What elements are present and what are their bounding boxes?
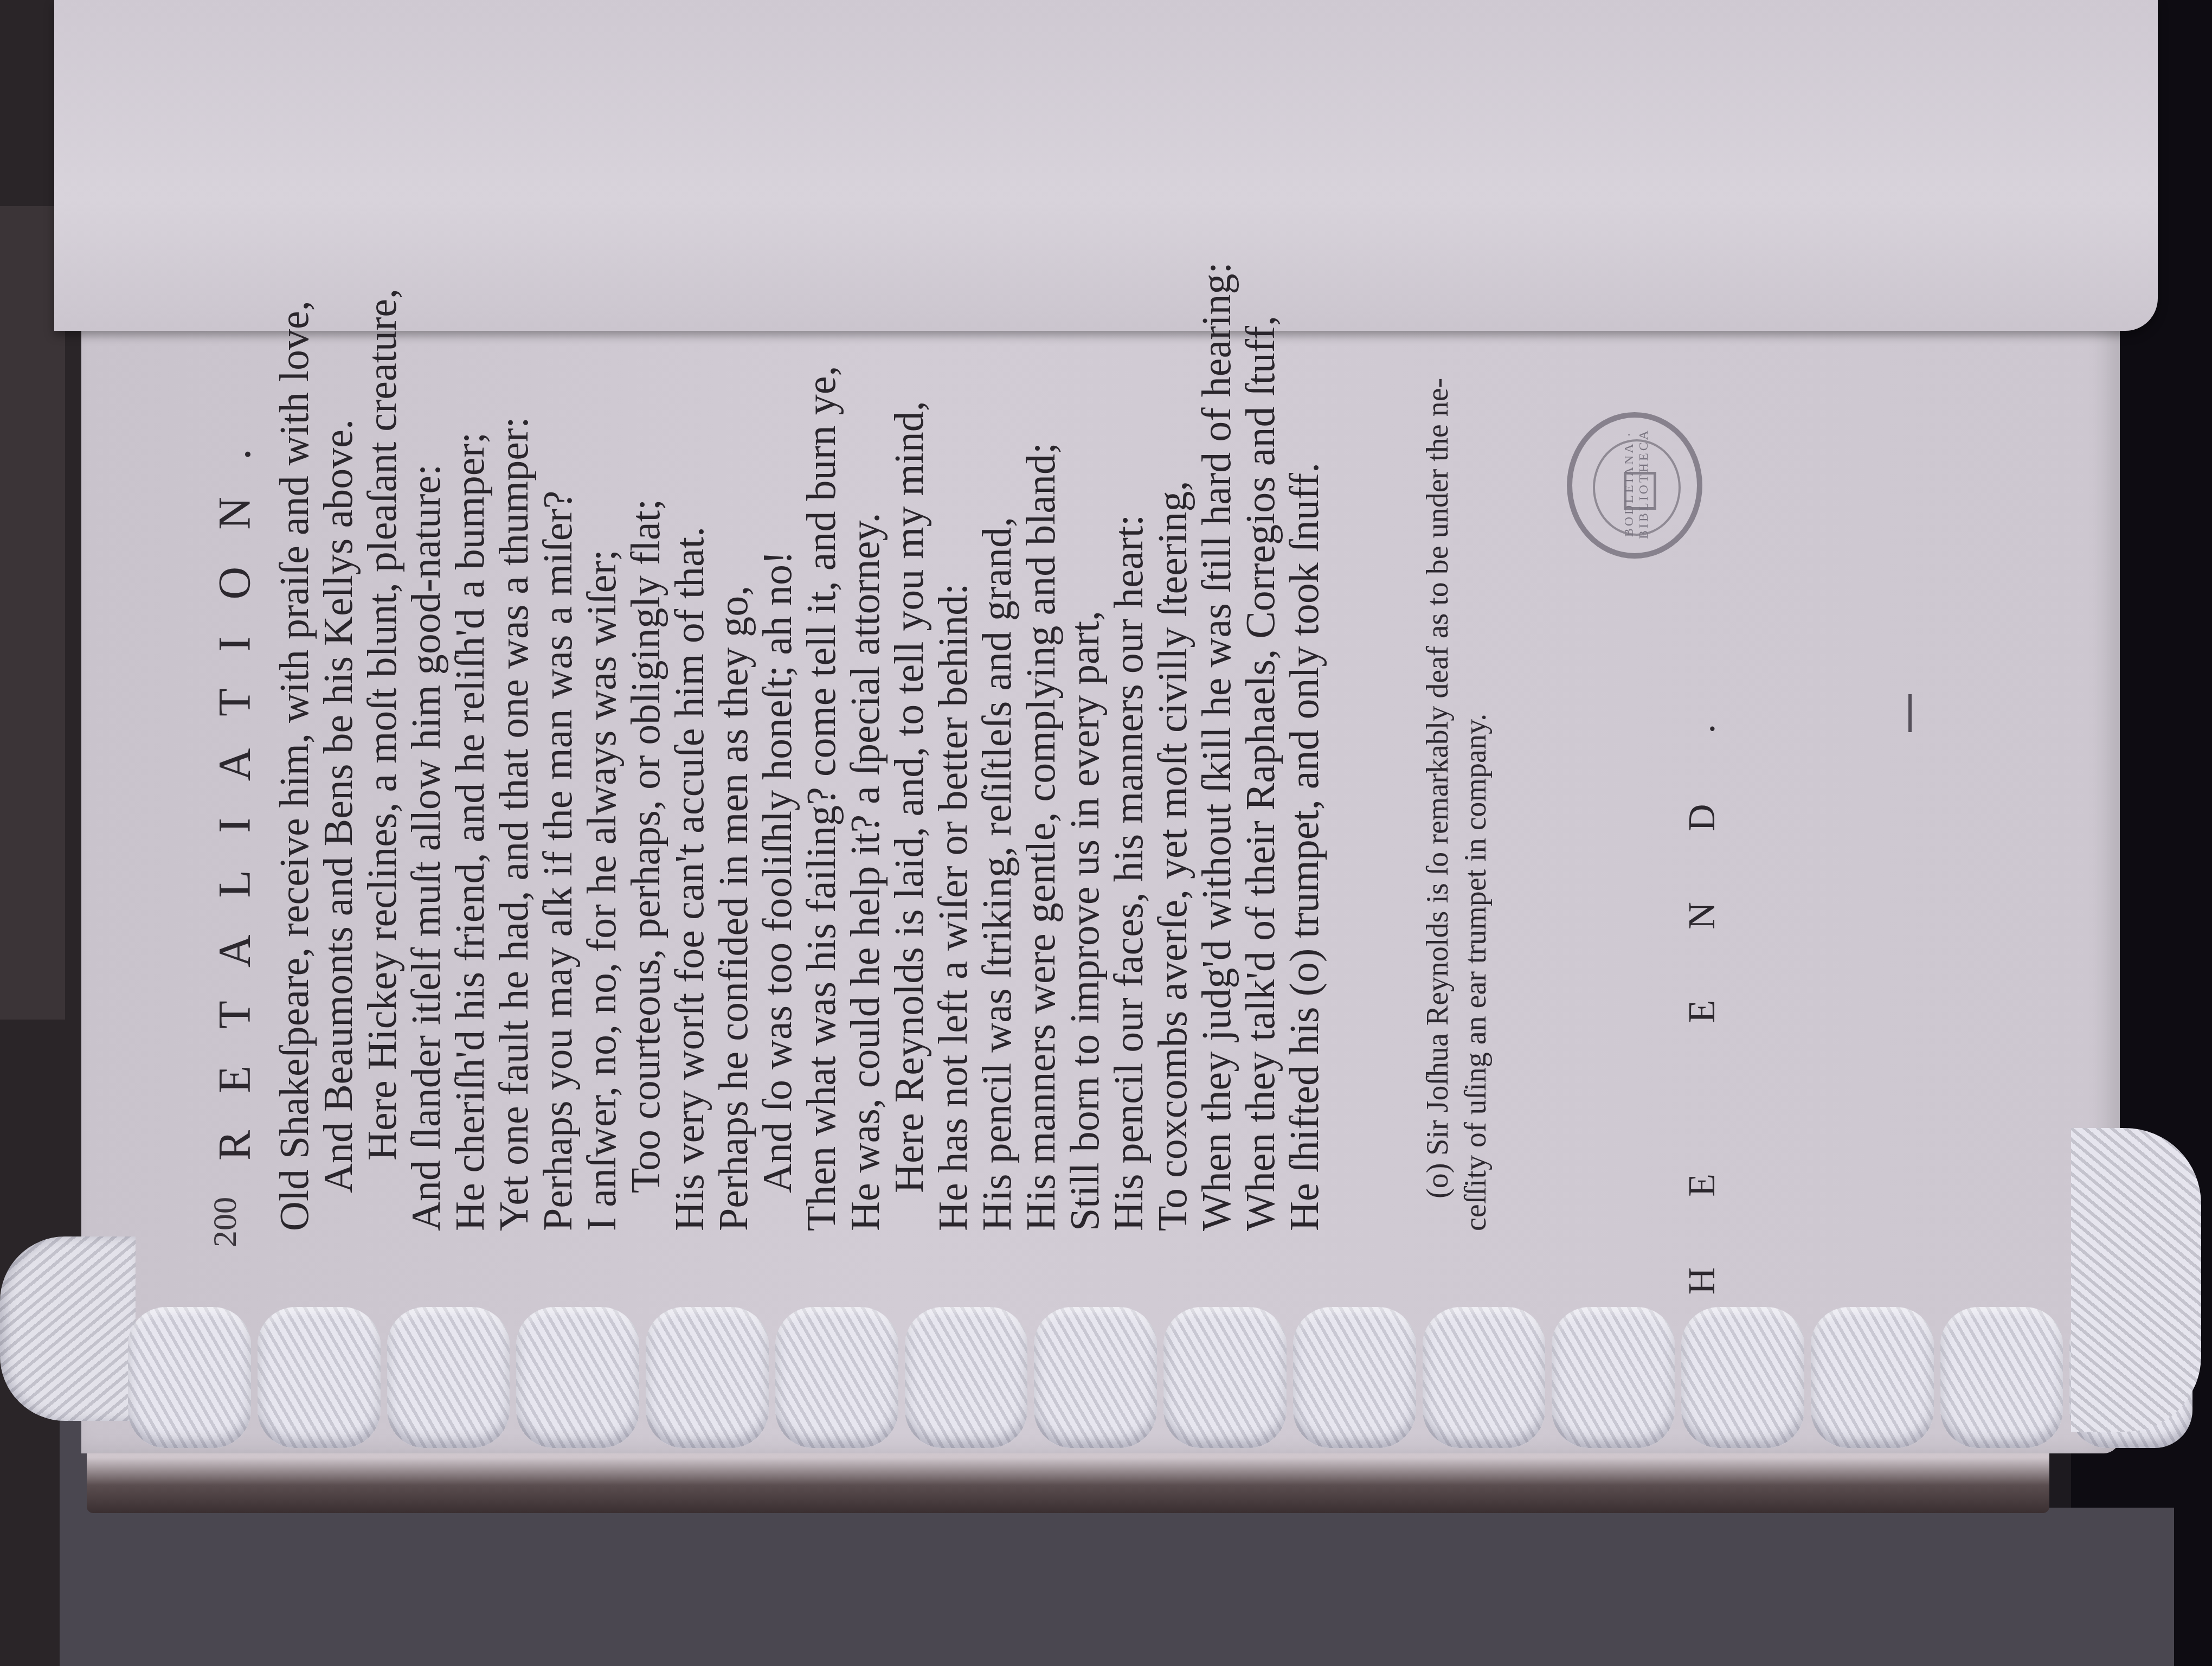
cord-segment: [1940, 1307, 2063, 1448]
cord-segment: [1681, 1307, 1804, 1448]
verse-line: Too courteous, perhaps, or obligingly fl…: [625, 499, 666, 1193]
stamp-text: BODLEIANA · BIBLIOTHECA: [1622, 416, 1651, 552]
verse-line: To coxcombs averſe, yet moſt civilly ſte…: [1152, 481, 1193, 1231]
verse-line: Perhaps you may aſk if the man was a miſ…: [537, 491, 578, 1231]
cord-segment: [1293, 1307, 1416, 1448]
running-title: RETALIATION.: [209, 412, 261, 1161]
verse-line: Then what was his failing? come tell it,…: [801, 366, 842, 1231]
verse-line: His manners were gentle, complying and b…: [1020, 443, 1062, 1231]
cord-segment: [1552, 1307, 1675, 1448]
verse-line: He ſhifted his (o) trumpet, and only too…: [1284, 463, 1325, 1231]
cord-segment: [387, 1307, 510, 1448]
foam-support: [60, 1508, 2174, 1666]
cord-segment: [1811, 1307, 1934, 1448]
verse-line: He cheriſh'd his friend, and he reliſh'd…: [449, 432, 491, 1231]
the-end-colophon: THE END.: [1681, 653, 1724, 1388]
cord-segment: [1163, 1307, 1287, 1448]
book-weight-cord: [125, 1307, 2196, 1448]
verse-line: His pencil our faces, his manners our he…: [1108, 515, 1149, 1231]
verse-line: He has not left a wiſer or better behind…: [933, 584, 974, 1231]
verse-line: And Beaumonts and Bens be his Kellys abo…: [318, 419, 359, 1193]
cord-segment: [128, 1307, 251, 1448]
verse-line: And ſlander itſelf muſt allow him good-n…: [406, 464, 447, 1231]
cord-segment: [905, 1307, 1028, 1448]
verse-line: When they talk'd of their Raphaels, Corr…: [1240, 316, 1281, 1231]
cord-segment: [258, 1307, 381, 1448]
verse-line: Still born to improve us in every part,: [1064, 611, 1105, 1231]
verse-line: His very worſt foe can't accuſe him of t…: [669, 527, 710, 1231]
pencil-mark: [1908, 694, 1912, 732]
facing-page-blank: [54, 0, 2158, 331]
verse-line: I anſwer, no, no, for he always was wiſe…: [581, 549, 622, 1231]
verse-line: Perhaps he confided in men as they go,: [713, 586, 754, 1231]
verse-line: And ſo was too fooliſhly honeſt; ah no!: [757, 551, 798, 1193]
verse-line: Old Shakeſpeare, receive him, with praiſ…: [274, 300, 315, 1231]
footnote-line-1: (o) Sir Joſhua Reynolds is ſo remarkably…: [1420, 378, 1455, 1199]
cord-segment: [1423, 1307, 1546, 1448]
verse-line: Here Hickey reclines, a moſt blunt, plea…: [362, 289, 403, 1161]
cord-segment: [775, 1307, 898, 1448]
page-number: 200: [206, 1197, 245, 1247]
cord-segment: [1034, 1307, 1157, 1448]
footnote-line-2: ceſſity of uſing an ear trumpet in compa…: [1458, 714, 1493, 1231]
verse-line: He was, could he help it? a ſpecial atto…: [845, 512, 886, 1231]
bodleian-library-stamp: BODLEIANA · BIBLIOTHECA: [1567, 412, 1702, 559]
book-weight-cord-right: [2071, 1128, 2201, 1432]
cord-segment: [646, 1307, 769, 1448]
verse-line: When they judg'd without ſkill he was ſt…: [1196, 262, 1237, 1231]
cord-segment: [516, 1307, 639, 1448]
verse-line: Here Reynolds is laid, and, to tell you …: [889, 401, 930, 1193]
verse-line: His pencil was ſtriking, reſiſtleſs and …: [976, 517, 1018, 1231]
verse-line: Yet one fault he had, and that one was a…: [493, 417, 535, 1231]
book-weight-cord-left: [0, 1236, 136, 1421]
